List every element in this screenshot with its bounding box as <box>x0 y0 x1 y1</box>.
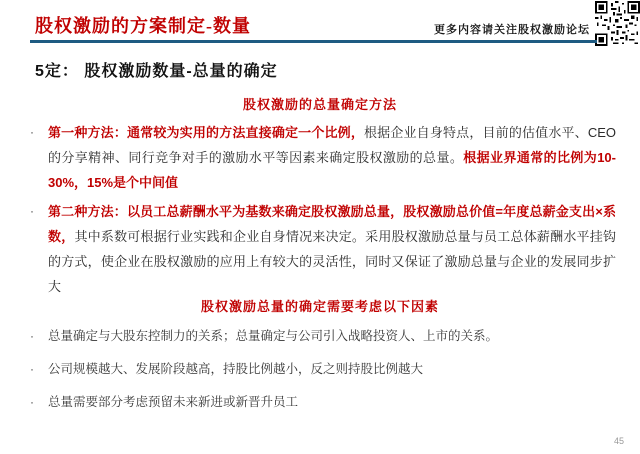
factor-bullet-2-text: 公司规模越大、发展阶段越高，持股比例越小，反之则持股比例越大 <box>48 360 616 379</box>
factor-bullet-3-text: 总量需要部分考虑预留未来新进或新晋升员工 <box>48 393 616 412</box>
factor-bullet-3: · 总量需要部分考虑预留未来新进或新晋升员工 <box>30 393 616 412</box>
section2-heading: 股权激励总量的确定需要考虑以下因素 <box>0 296 640 315</box>
bullet-dot-icon: · <box>30 327 48 346</box>
bullet-dot-icon: · <box>30 393 48 412</box>
method-bullet-2-text: 第二种方法：以员工总薪酬水平为基数来确定股权激励总量，股权激励总价值=年度总薪金… <box>48 199 616 299</box>
qr-code-icon <box>595 0 640 47</box>
factor-bullet-1-text: 总量确定与大股东控制力的关系；总量确定与公司引入战略投资人、上市的关系。 <box>48 327 616 346</box>
method-bullet-1-text: 第一种方法：通常较为实用的方法直接确定一个比例，根据企业自身特点，目前的估值水平… <box>48 120 616 195</box>
bullet-dot-icon: · <box>30 360 48 379</box>
method-bullet-1: · 第一种方法：通常较为实用的方法直接确定一个比例，根据企业自身特点，目前的估值… <box>30 120 616 195</box>
text-segment: 第一种方法：通常较为实用的方法直接确定一个比例， <box>48 125 364 140</box>
header-divider-rule <box>30 40 597 43</box>
presentation-slide: 股权激励的方案制定-数量 更多内容请关注股权激励论坛 5定： 股权激励数量-总量… <box>0 0 640 454</box>
factor-bullet-2: · 公司规模越大、发展阶段越高，持股比例越小，反之则持股比例越大 <box>30 360 616 379</box>
bullet-dot-icon: · <box>30 199 48 224</box>
page-number: 45 <box>614 436 624 446</box>
factor-bullet-1: · 总量确定与大股东控制力的关系；总量确定与公司引入战略投资人、上市的关系。 <box>30 327 616 346</box>
slide-header-title: 股权激励的方案制定-数量 <box>35 12 251 38</box>
slide-title: 5定： 股权激励数量-总量的确定 <box>35 58 278 81</box>
factor-bullet-list: · 总量确定与大股东控制力的关系；总量确定与公司引入战略投资人、上市的关系。 ·… <box>30 327 616 426</box>
section1-heading: 股权激励的总量确定方法 <box>0 94 640 113</box>
text-segment: 其中系数可根据行业实践和企业自身情况来决定。采用股权激励总量与员工总体薪酬水平挂… <box>48 229 616 294</box>
bullet-dot-icon: · <box>30 120 48 145</box>
method-bullet-list: · 第一种方法：通常较为实用的方法直接确定一个比例，根据企业自身特点，目前的估值… <box>30 120 616 303</box>
header-note-text: 更多内容请关注股权激励论坛 <box>434 21 590 37</box>
method-bullet-2: · 第二种方法：以员工总薪酬水平为基数来确定股权激励总量，股权激励总价值=年度总… <box>30 199 616 299</box>
